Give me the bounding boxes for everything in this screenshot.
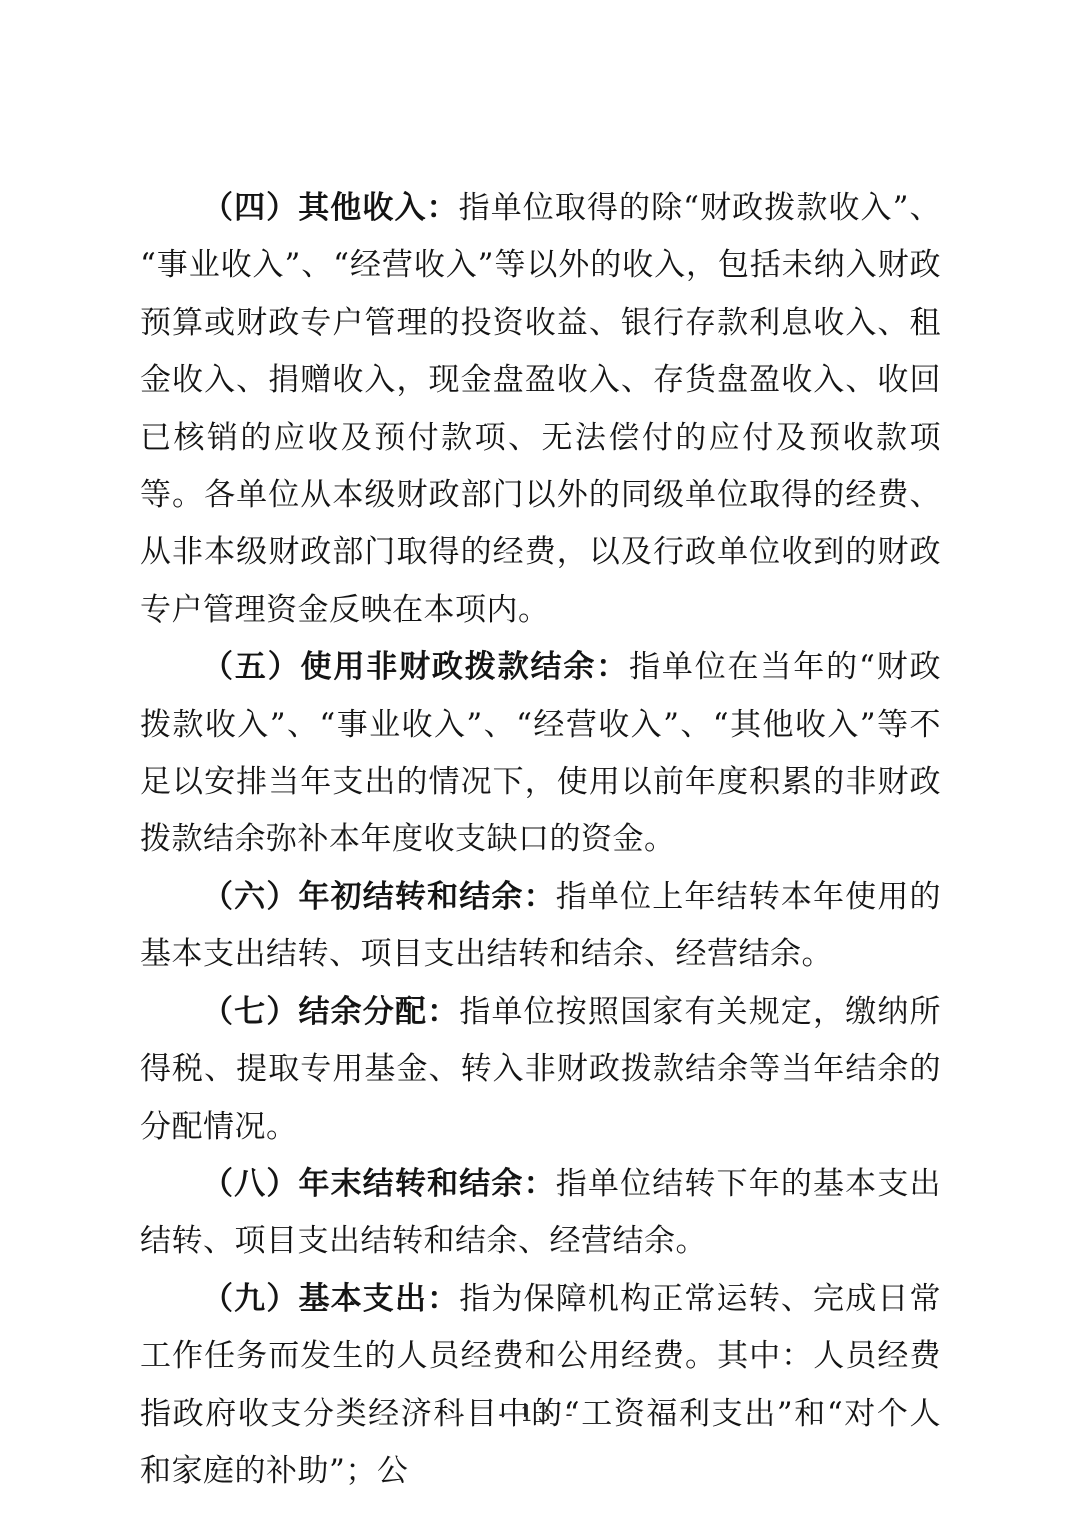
paragraph-item-6: （六）年初结转和结余：指单位上年结转本年使用的基本支出结转、项目支出结转和结余、…	[140, 869, 941, 984]
document-body: （四）其他收入：指单位取得的除“财政拨款收入”、“事业收入”、“经营收入”等以外…	[140, 180, 941, 1500]
paragraph-text: 指单位取得的除“财政拨款收入”、“事业收入”、“经营收入”等以外的收入，包括未纳…	[140, 190, 941, 628]
paragraph-heading: （四）其他收入：	[202, 190, 459, 226]
paragraph-item-5: （五）使用非财政拨款结余：指单位在当年的“财政拨款收入”、“事业收入”、“经营收…	[140, 639, 941, 869]
paragraph-heading: （五）使用非财政拨款结余：	[202, 649, 629, 685]
document-page: （四）其他收入：指单位取得的除“财政拨款收入”、“事业收入”、“经营收入”等以外…	[0, 0, 1075, 1520]
paragraph-item-8: （八）年末结转和结余：指单位结转下年的基本支出结转、项目支出结转和结余、经营结余…	[140, 1156, 941, 1271]
paragraph-heading: （九）基本支出：	[202, 1281, 459, 1317]
paragraph-heading: （六）年初结转和结余：	[202, 879, 556, 915]
paragraph-heading: （八）年末结转和结余：	[202, 1166, 556, 1202]
paragraph-item-7: （七）结余分配：指单位按照国家有关规定，缴纳所得税、提取专用基金、转入非财政拨款…	[140, 984, 941, 1156]
paragraph-heading: （七）结余分配：	[202, 994, 459, 1030]
page-number: - 13 -	[0, 1402, 1075, 1426]
paragraph-item-4: （四）其他收入：指单位取得的除“财政拨款收入”、“事业收入”、“经营收入”等以外…	[140, 180, 941, 639]
paragraph-item-9: （九）基本支出：指为保障机构正常运转、完成日常工作任务而发生的人员经费和公用经费…	[140, 1271, 941, 1501]
